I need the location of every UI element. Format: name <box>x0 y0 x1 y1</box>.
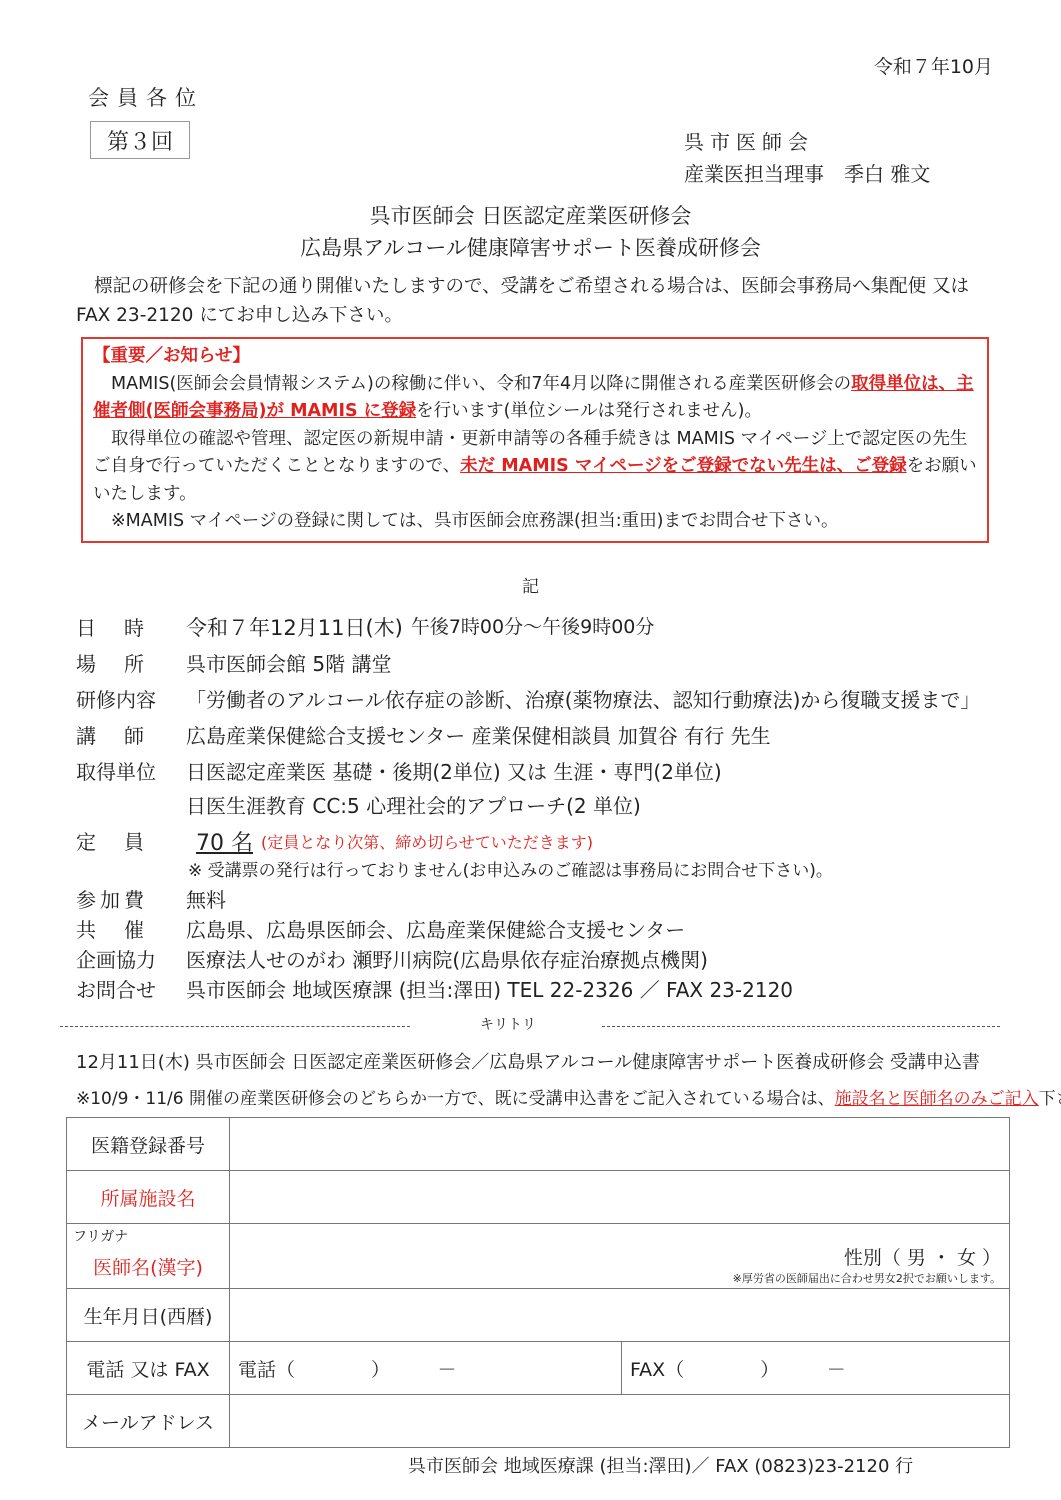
detail-coop: 企画協力 医療法人せのがわ 瀬野川病院(広島県依存症治療拠点機関) <box>76 944 708 973</box>
sender-director: 産業医担当理事 季白 雅文 <box>684 158 930 187</box>
phone-field[interactable]: 電話（ ） － <box>230 1342 622 1395</box>
name-label: 医師名(漢字) <box>75 1253 221 1280</box>
detail-label: 定員 <box>76 826 186 857</box>
reg-no-field[interactable] <box>230 1118 1010 1171</box>
venue-value: 呉市医師会館 5階 講堂 <box>186 648 391 677</box>
note-text: ※10/9・11/6 開催の産業医研修会のどちらか一方で、既に受講申込書をご記入… <box>76 1089 835 1109</box>
note-text: 下さい。 <box>1039 1089 1061 1109</box>
detail-datetime: 日時 令和７年12月11日(木) 午後7時00分～午後9時00分 <box>76 612 654 642</box>
reg-no-label: 医籍登録番号 <box>67 1118 230 1171</box>
notice-highlight: 未だ MAMIS マイページをご登録でない先生は、ご登録 <box>460 456 906 476</box>
form-row-phone-fax: 電話 又は FAX 電話（ ） － FAX（ ） － <box>67 1342 1010 1395</box>
detail-venue: 場所 呉市医師会館 5階 講堂 <box>76 648 391 677</box>
detail-fee: 参加費 無料 <box>76 884 226 913</box>
sender-org: 呉市医師会 <box>684 126 814 155</box>
detail-label: 取得単位 <box>76 756 186 785</box>
capacity-value: 70 名 <box>186 826 253 857</box>
facility-label: 所属施設名 <box>67 1171 230 1224</box>
coop-value: 医療法人せのがわ 瀬野川病院(広島県依存症治療拠点機関) <box>186 944 708 973</box>
application-note: ※10/9・11/6 開催の産業医研修会のどちらか一方で、既に受講申込書をご記入… <box>76 1084 1061 1109</box>
credits-value-1: 日医認定産業医 基礎・後期(2単位) 又は 生涯・専門(2単位) <box>186 756 722 785</box>
round-badge: 第３回 <box>90 121 190 159</box>
cut-line-left <box>60 1026 410 1027</box>
issue-date: 令和７年10月 <box>874 52 993 79</box>
fee-value: 無料 <box>186 884 226 913</box>
addressee: 会員各位 <box>88 82 204 112</box>
form-row-facility: 所属施設名 <box>67 1171 1010 1224</box>
form-row-reg-no: 医籍登録番号 <box>67 1118 1010 1171</box>
birth-field[interactable] <box>230 1289 1010 1342</box>
notice-paragraph-3: ※MAMIS マイページの登録に関しては、呉市医師会庶務課(担当:重田)までお問… <box>93 508 977 536</box>
detail-label: 企画協力 <box>76 944 186 973</box>
phone-fax-label: 電話 又は FAX <box>67 1342 230 1395</box>
form-row-email: メールアドレス <box>67 1395 1010 1448</box>
lecturer-value: 広島産業保健総合支援センター 産業保健相談員 加賀谷 有行 先生 <box>186 720 771 749</box>
detail-credits: 取得単位 日医認定産業医 基礎・後期(2単位) 又は 生涯・専門(2単位) <box>76 756 722 785</box>
notice-paragraph-1: MAMIS(医師会会員情報システム)の稼働に伴い、令和7年4月以降に開催される産… <box>93 371 977 426</box>
detail-label: 講師 <box>76 720 186 749</box>
detail-label: 参加費 <box>76 884 186 913</box>
intro-text: 標記の研修会を下記の通り開催いたしますので、受講をご希望される場合は、医師会事務… <box>76 272 996 330</box>
ticket-note-text: ※ 受講票の発行は行っておりません(お申込みのご確認は事務局にお問合せ下さい)。 <box>188 856 833 881</box>
furigana-label: フリガナ <box>73 1226 128 1246</box>
return-address: 呉市医師会 地域医療課 (担当:澤田)／ FAX (0823)23-2120 行 <box>408 1452 913 1478</box>
detail-lecturer: 講師 広島産業保健総合支援センター 産業保健相談員 加賀谷 有行 先生 <box>76 720 771 749</box>
form-row-name: フリガナ 医師名(漢字) 性別（ 男 ・ 女 ） ※厚労省の医師届出に合わせ男女… <box>67 1224 1010 1289</box>
content-value: 「労働者のアルコール依存症の診断、治療(薬物療法、認知行動療法)から復職支援まで… <box>186 684 980 713</box>
detail-label: 日時 <box>76 612 186 642</box>
ticket-note: ※ 受講票の発行は行っておりません(お申込みのご確認は事務局にお問合せ下さい)。 <box>188 856 833 881</box>
note-highlight: 施設名と医師名のみご記入 <box>835 1089 1039 1109</box>
detail-credits-2: 日医生涯教育 CC:5 心理社会的アプローチ(2 単位) <box>186 790 641 819</box>
form-row-birth: 生年月日(西暦) <box>67 1289 1010 1342</box>
email-field[interactable] <box>230 1395 1010 1448</box>
capacity-note: (定員となり次第、締め切らせていただきます) <box>261 830 593 853</box>
important-notice-box: 【重要／お知らせ】 MAMIS(医師会会員情報システム)の稼働に伴い、令和7年4… <box>81 337 989 543</box>
name-field[interactable]: 性別（ 男 ・ 女 ） ※厚労省の医師届出に合わせ男女2択でお願いします。 <box>230 1224 1010 1289</box>
contact-value: 呉市医師会 地域医療課 (担当:澤田) TEL 22-2326 ／ FAX 23… <box>186 974 793 1003</box>
detail-label: 共催 <box>76 914 186 943</box>
cut-label: キリトリ <box>480 1014 536 1034</box>
application-title: 12月11日(木) 呉市医師会 日医認定産業医研修会／広島県アルコール健康障害サ… <box>76 1048 980 1074</box>
notice-text: MAMIS(医師会会員情報システム)の稼働に伴い、令和7年4月以降に開催される産… <box>111 374 851 394</box>
email-label: メールアドレス <box>67 1395 230 1448</box>
doc-title-line1: 呉市医師会 日医認定産業医研修会 <box>0 200 1061 230</box>
detail-content: 研修内容 「労働者のアルコール依存症の診断、治療(薬物療法、認知行動療法)から復… <box>76 684 980 713</box>
gender-selector[interactable]: 性別（ 男 ・ 女 ） <box>238 1243 1001 1270</box>
fax-field[interactable]: FAX（ ） － <box>622 1342 1010 1395</box>
detail-capacity: 定員 70 名 (定員となり次第、締め切らせていただきます) <box>76 826 593 857</box>
name-label-cell: フリガナ 医師名(漢字) <box>67 1224 230 1289</box>
cohost-value: 広島県、広島県医師会、広島産業保健総合支援センター <box>186 914 685 943</box>
event-time: 午後7時00分～午後9時00分 <box>411 612 655 642</box>
ki-marker: 記 <box>0 572 1061 597</box>
notice-paragraph-2: 取得単位の確認や管理、認定医の新規申請・更新申請等の各種手続きは MAMIS マ… <box>93 426 977 509</box>
facility-field[interactable] <box>230 1171 1010 1224</box>
notice-title: 【重要／お知らせ】 <box>93 343 977 371</box>
event-date: 令和７年12月11日(木) <box>186 612 403 642</box>
doc-title-line2: 広島県アルコール健康障害サポート医養成研修会 <box>0 232 1061 262</box>
birth-label: 生年月日(西暦) <box>67 1289 230 1342</box>
gender-note: ※厚労省の医師届出に合わせ男女2択でお願いします。 <box>238 1270 1001 1286</box>
cut-line-right <box>602 1026 1000 1027</box>
detail-label: お問合せ <box>76 974 186 1003</box>
detail-label: 場所 <box>76 648 186 677</box>
detail-cohost: 共催 広島県、広島県医師会、広島産業保健総合支援センター <box>76 914 685 943</box>
notice-text: を行います(単位シールは発行されません)。 <box>416 401 762 421</box>
application-form: 医籍登録番号 所属施設名 フリガナ 医師名(漢字) 性別（ 男 ・ 女 ） ※厚… <box>66 1117 1010 1448</box>
credits-value-2: 日医生涯教育 CC:5 心理社会的アプローチ(2 単位) <box>186 790 641 819</box>
detail-contact: お問合せ 呉市医師会 地域医療課 (担当:澤田) TEL 22-2326 ／ F… <box>76 974 793 1003</box>
detail-label: 研修内容 <box>76 684 186 713</box>
